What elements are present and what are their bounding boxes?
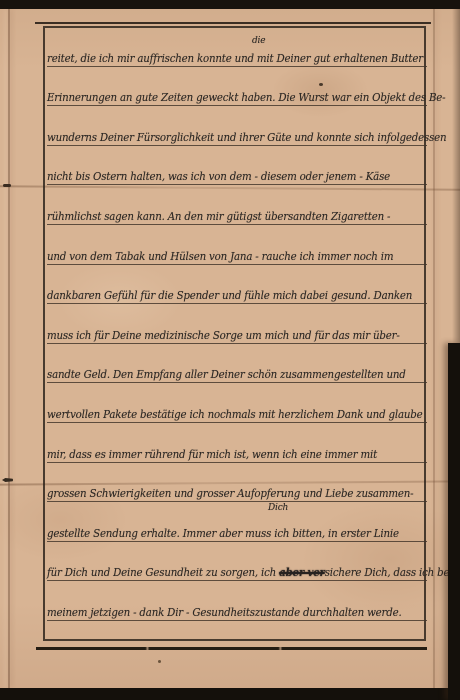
letter-line-text: wertvollen Pakete bestätige ich nochmals…: [47, 408, 423, 422]
struck-through-word: aber ver: [279, 566, 325, 579]
inserted-word-dich: Dich: [268, 503, 288, 513]
letter-line: sandte Geld. Den Empfang aller Deiner sc…: [47, 344, 427, 384]
letter-line: wertvollen Pakete bestätige ich nochmals…: [47, 383, 427, 423]
hand-drawn-frame-outer-top: [35, 22, 431, 24]
letter-line-text: meinem jetzigen - dank Dir - Gesundheits…: [47, 606, 402, 620]
letter-line-text: reitet, die ich mir auffrischen konnte u…: [47, 52, 423, 66]
letter-line-text: für Dich und Deine Gesundheit zu sorgen,…: [47, 566, 452, 580]
letter-line: gestellte Sendung erhalte. Immer aber mu…: [47, 502, 427, 542]
inserted-word-die: die: [252, 36, 265, 46]
crease-edge-mark: [3, 184, 11, 187]
scan-edge-bottom: [0, 688, 460, 700]
letter-line: und von dem Tabak und Hülsen von Jana - …: [47, 225, 427, 265]
hand-drawn-frame-outer-bottom: [36, 647, 427, 650]
letter-line: mir, dass es immer rührend für mich ist,…: [47, 423, 427, 463]
letter-line: dankbaren Gefühl für die Spender und füh…: [47, 265, 427, 305]
scan-edge-top: [0, 0, 460, 9]
rule-rows: reitet, die ich mir auffrischen konnte u…: [47, 27, 427, 621]
letter-line-text: Erinnerungen an gute Zeiten geweckt habe…: [47, 91, 445, 105]
letter-line: wunderns Deiner Fürsorglichkeit und ihre…: [47, 106, 427, 146]
letter-line-text: gestellte Sendung erhalte. Immer aber mu…: [47, 527, 399, 541]
letter-line: reitet, die ich mir auffrischen konnte u…: [47, 27, 427, 67]
letter-line-text: nicht bis Ostern halten, was ich von dem…: [47, 170, 390, 184]
letter-line: Erinnerungen an gute Zeiten geweckt habe…: [47, 67, 427, 107]
letter-line: muss ich für Deine medizinische Sorge um…: [47, 304, 427, 344]
letter-line: für Dich und Deine Gesundheit zu sorgen,…: [47, 542, 427, 582]
letter-line: meinem jetzigen - dank Dir - Gesundheits…: [47, 581, 427, 621]
letter-line-text: rühmlichst sagen kann. An den mir gütigs…: [47, 210, 390, 224]
ink-speck: [158, 660, 161, 663]
vertical-fold-crease-left: [8, 9, 10, 688]
letter-line-text: wunderns Deiner Fürsorglichkeit und ihre…: [47, 131, 446, 145]
letter-line: grossen Schwierigkeiten und grosser Aufo…: [47, 463, 427, 503]
letter-line-text: muss ich für Deine medizinische Sorge um…: [47, 329, 400, 343]
letter-line-text: dankbaren Gefühl für die Spender und füh…: [47, 289, 412, 303]
scanned-letter-page: reitet, die ich mir auffrischen konnte u…: [0, 0, 460, 700]
letter-line: nicht bis Ostern halten, was ich von dem…: [47, 146, 427, 186]
scan-edge-right: [448, 343, 460, 700]
scan-edge-right-shadow: [452, 9, 460, 349]
letter-line-text: grossen Schwierigkeiten und grosser Aufo…: [47, 487, 413, 501]
letter-line: rühmlichst sagen kann. An den mir gütigs…: [47, 185, 427, 225]
letter-line-text: sandte Geld. Den Empfang aller Deiner sc…: [47, 368, 406, 382]
vertical-fold-crease-right: [433, 9, 435, 688]
letter-line-text: mir, dass es immer rührend für mich ist,…: [47, 448, 377, 462]
letter-line-text: und von dem Tabak und Hülsen von Jana - …: [47, 250, 393, 264]
crease-edge-mark: [2, 478, 13, 482]
